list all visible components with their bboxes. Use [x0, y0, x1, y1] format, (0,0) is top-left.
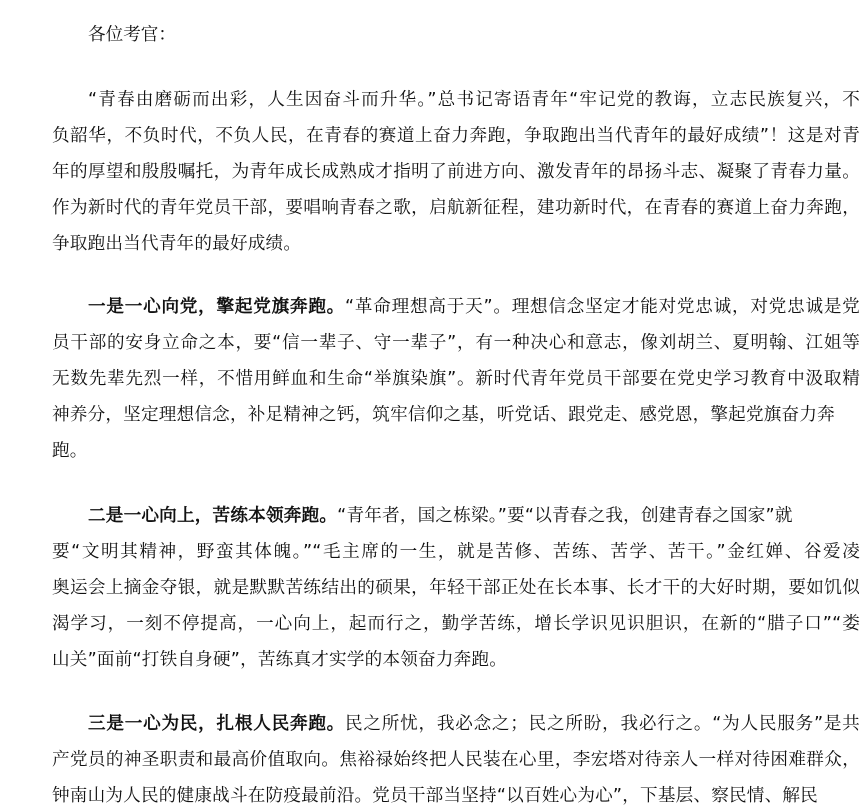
point-heading: 一是一心向党，擎起党旗奔跑。: [88, 297, 345, 317]
paragraph-line: 无数先辈先烈一样，不惜用鲜血和生命“举旗染旗”。新时代青年党员干部要在党史学习教…: [52, 366, 860, 392]
paragraph-line: 神养分，坚定理想信念，补足精神之钙，筑牢信仰之基，听党话、跟党走、感党恩，擎起党…: [52, 402, 860, 428]
paragraph-line: 负韶华，不负时代，不负人民，在青春的赛道上奋力奔跑，争取跑出当代青年的最好成绩”…: [52, 123, 860, 149]
paragraph-line: 作为新时代的青年党员干部，要唱响青春之歌，启航新征程，建功新时代，在青春的赛道上…: [52, 195, 860, 221]
salutation: 各位考官：: [88, 22, 176, 48]
paragraph-line: 争取跑出当代青年的最好成绩。: [52, 231, 860, 257]
paragraph-first-line: 二是一心向上，苦练本领奔跑。“青年者，国之栋梁。”要“以青春之我，创建青春之国家…: [88, 503, 860, 529]
line-text: 民之所忧，我必念之；民之所盼，我必行之。“为人民服务”是共: [345, 714, 860, 734]
paragraph-line: 跑。: [52, 438, 860, 464]
line-text: “革命理想高于天”。理想信念坚定才能对党忠诚，对党忠诚是党: [345, 297, 860, 317]
paragraph-line: 员干部的安身立命之本，要“信一辈子、守一辈子”，有一种决心和意志，像刘胡兰、夏明…: [52, 330, 860, 356]
line-text: “青春由磨砺而出彩，人生因奋斗而升华。”总书记寄语青年“牢记党的教诲，立志民族复…: [52, 90, 860, 110]
line-text: “青年者，国之栋梁。”要“以青春之我，创建青春之国家”就: [337, 506, 793, 526]
paragraph-line: 山关”面前“打铁自身硬”，苦练真才实学的本领奋力奔跑。: [52, 647, 860, 673]
point-heading: 三是一心为民，扎根人民奔跑。: [88, 714, 345, 734]
paragraph-line: 产党员的神圣职责和最高价值取向。焦裕禄始终把人民装在心里，李宏塔对待亲人一样对待…: [52, 747, 860, 773]
paragraph-first-line: 一是一心向党，擎起党旗奔跑。“革命理想高于天”。理想信念坚定才能对党忠诚，对党忠…: [88, 294, 860, 320]
paragraph-line: “青春由磨砺而出彩，人生因奋斗而升华。”总书记寄语青年“牢记党的教诲，立志民族复…: [52, 87, 860, 113]
document-page: 各位考官： “青春由磨砺而出彩，人生因奋斗而升华。”总书记寄语青年“牢记党的教诲…: [0, 0, 865, 809]
paragraph-line: 要“文明其精神，野蛮其体魄。”“毛主席的一生，就是苦修、苦练、苦学、苦干。”金红…: [52, 539, 860, 565]
paragraph-line: 年的厚望和殷殷嘱托，为青年成长成熟成才指明了前进方向、激发青年的昂扬斗志、凝聚了…: [52, 159, 860, 185]
paragraph-first-line: 三是一心为民，扎根人民奔跑。民之所忧，我必念之；民之所盼，我必行之。“为人民服务…: [88, 711, 860, 737]
paragraph-line: 渴学习，一刻不停提高，一心向上，起而行之，勤学苦练，增长学识见识胆识，在新的“腊…: [52, 611, 860, 637]
paragraph-line: 钟南山为人民的健康战斗在防疫最前沿。党员干部当坚持“以百姓心为心”，下基层、察民…: [52, 783, 860, 809]
point-heading: 二是一心向上，苦练本领奔跑。: [88, 506, 337, 526]
paragraph-line: 奥运会上摘金夺银，就是默默苦练结出的硕果，年轻干部正处在长本事、长才干的大好时期…: [52, 575, 860, 601]
